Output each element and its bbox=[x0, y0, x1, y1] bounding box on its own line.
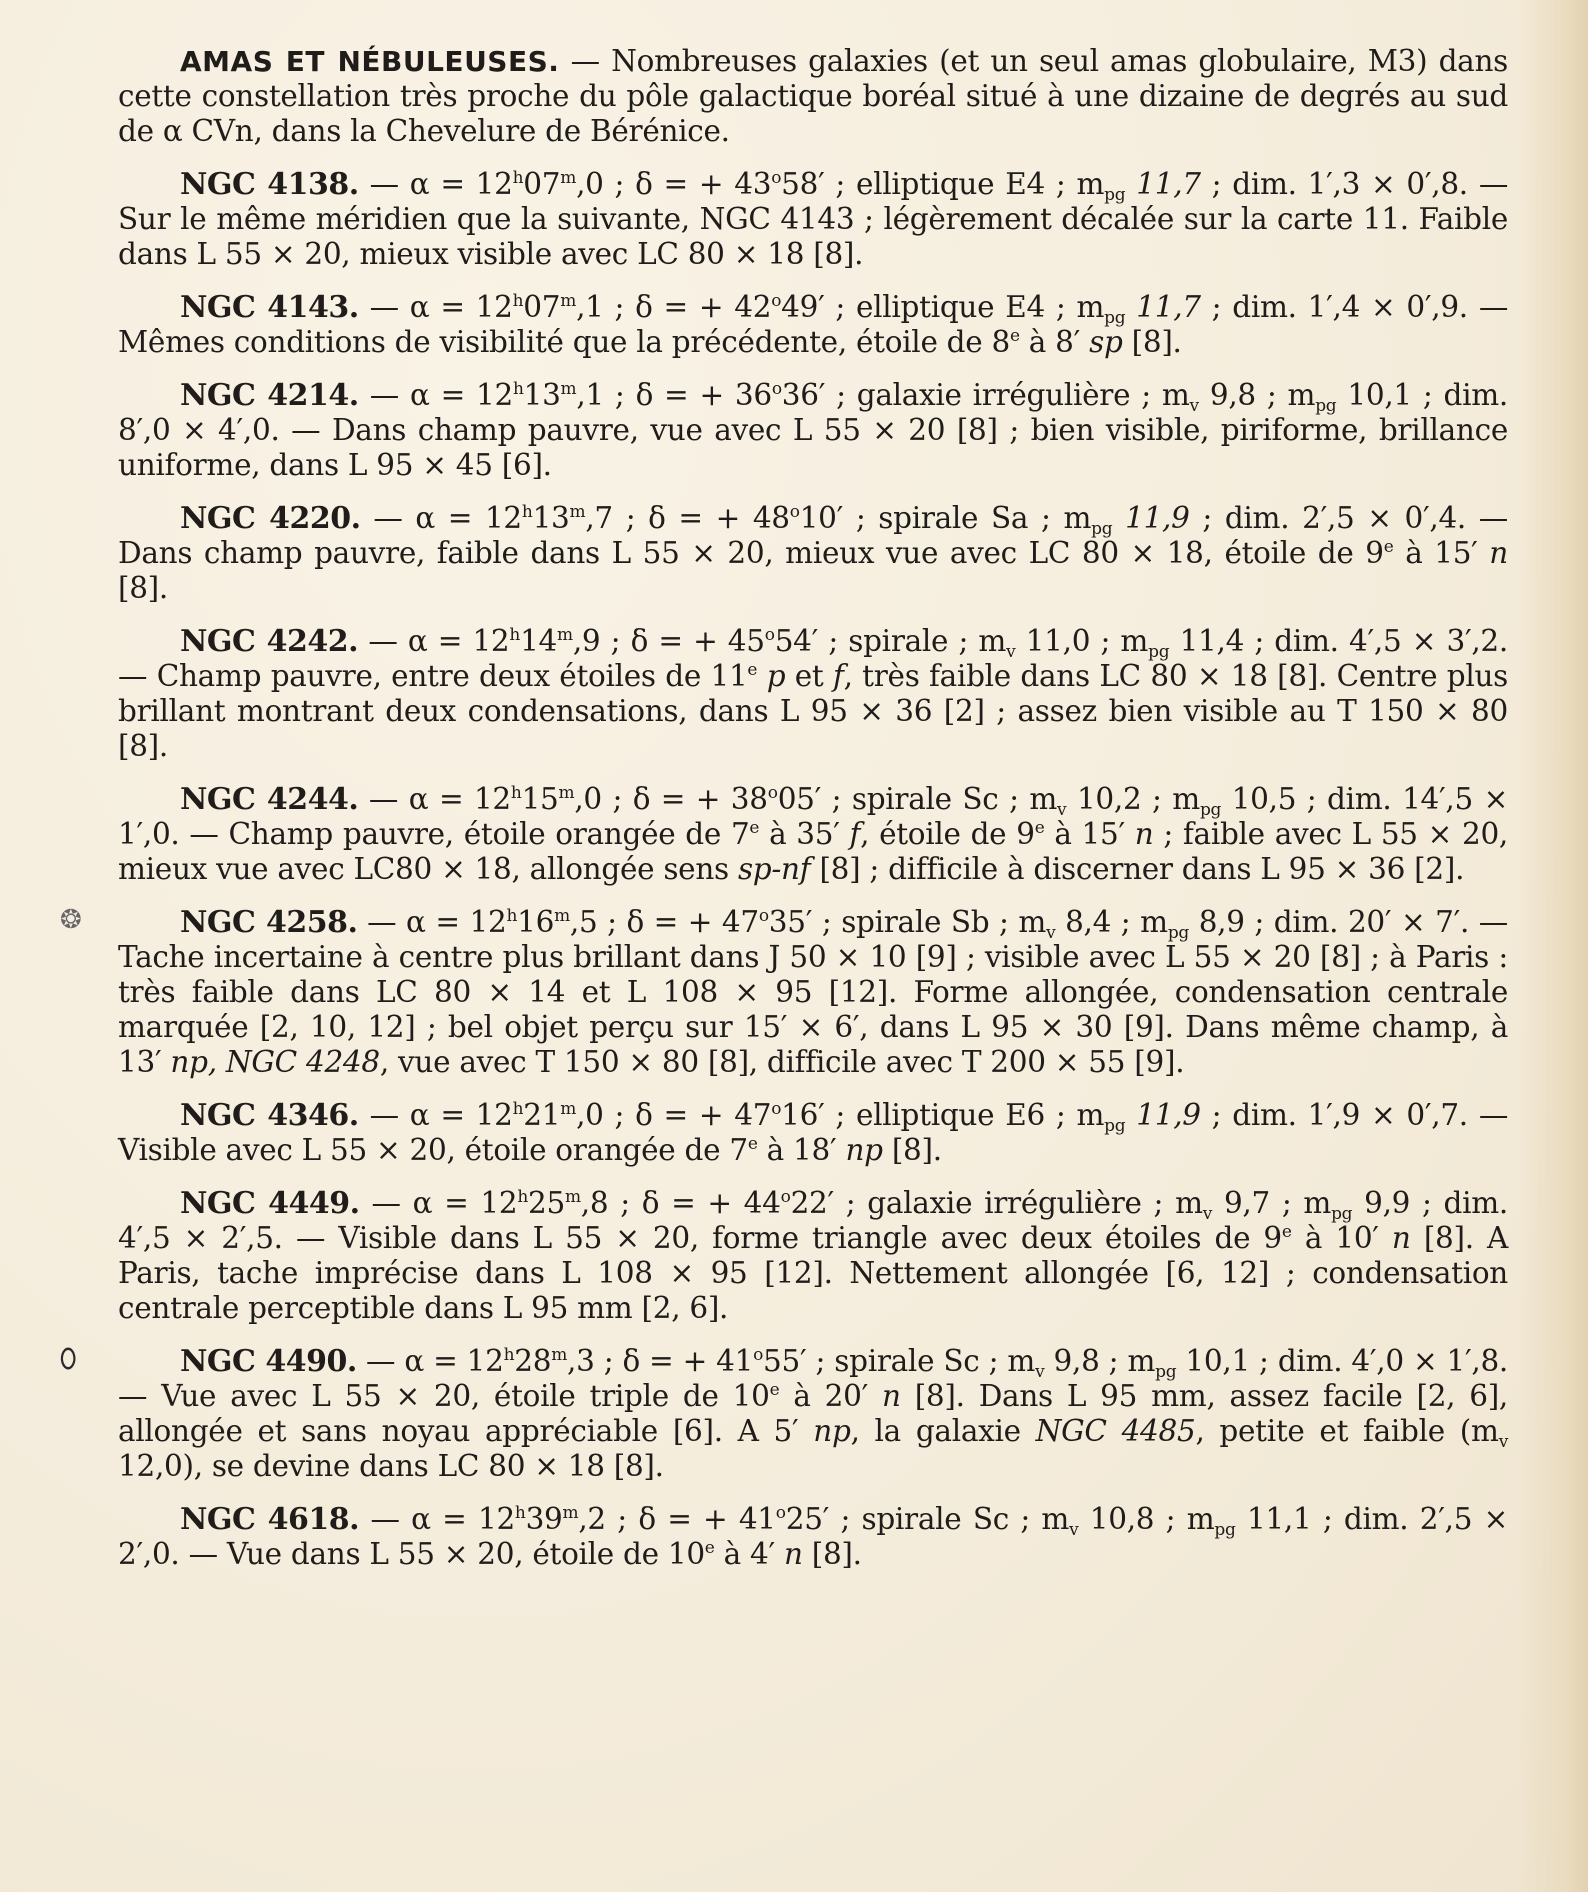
text-run: o bbox=[759, 906, 769, 926]
text-run: [8]. bbox=[883, 1133, 942, 1167]
text-run: — α = 12 bbox=[359, 167, 513, 201]
text-run bbox=[1125, 290, 1136, 324]
text-run: 10,8 ; m bbox=[1078, 1502, 1214, 1536]
text-run: m bbox=[565, 1187, 581, 1207]
text-run: — α = 12 bbox=[359, 1098, 513, 1132]
text-run: ,1 ; δ = + 36 bbox=[576, 378, 771, 412]
italic-text: f bbox=[833, 659, 844, 693]
text-run: o bbox=[768, 783, 778, 803]
pencil-circle-icon: ⬯ bbox=[60, 1344, 90, 1374]
text-run: à 15′ bbox=[1044, 817, 1134, 851]
text-run: 55′ ; spirale Sc ; m bbox=[763, 1344, 1035, 1378]
italic-text: sp bbox=[1089, 325, 1122, 359]
ngc-entry: NGC 4214. — α = 12h13m,1 ; δ = + 36o36′ … bbox=[118, 378, 1508, 483]
text-run: à 20′ bbox=[779, 1379, 882, 1413]
text-run: — α = 12 bbox=[357, 1344, 504, 1378]
text-run: 13 bbox=[533, 501, 570, 535]
text-run: — α = 12 bbox=[359, 378, 513, 412]
text-run: e bbox=[705, 1538, 715, 1558]
text-run: 22′ ; galaxie irrégulière ; m bbox=[791, 1186, 1203, 1220]
text-run: pg bbox=[1104, 1116, 1125, 1136]
text-run: — α = 12 bbox=[359, 290, 513, 324]
text-run: m bbox=[557, 625, 573, 645]
text-run: 35′ ; spirale Sb ; m bbox=[769, 905, 1046, 939]
text-run: e bbox=[748, 1134, 758, 1154]
text-run: 07 bbox=[523, 290, 560, 324]
text-run: o bbox=[776, 1503, 786, 1523]
text-run: à 18′ bbox=[758, 1133, 846, 1167]
text-run: h bbox=[506, 906, 517, 926]
entry-heading: NGC 4490. bbox=[180, 1344, 357, 1379]
text-run: 28 bbox=[514, 1344, 551, 1378]
text-run bbox=[1125, 1098, 1136, 1132]
entry-heading: NGC 4220. bbox=[180, 501, 361, 536]
italic-text: 11,7 bbox=[1136, 290, 1200, 324]
text-run: 10,2 ; m bbox=[1066, 782, 1200, 816]
text-run: m bbox=[570, 502, 586, 522]
text-run: 8,4 ; m bbox=[1055, 905, 1167, 939]
text-run: h bbox=[509, 625, 520, 645]
italic-text: n bbox=[1135, 817, 1154, 851]
italic-text: sp-nf bbox=[738, 852, 810, 886]
text-run: ,3 ; δ = + 41 bbox=[567, 1344, 753, 1378]
text-run: h bbox=[517, 1187, 528, 1207]
text-run: à 10′ bbox=[1292, 1221, 1392, 1255]
text-run: e bbox=[1282, 1222, 1292, 1242]
entry-heading: AMAS ET NÉBULEUSES. bbox=[180, 45, 559, 78]
text-run: [8]. bbox=[118, 571, 168, 605]
italic-text: 11,7 bbox=[1136, 167, 1200, 201]
ngc-entry: NGC 4244. — α = 12h15m,0 ; δ = + 38o05′ … bbox=[118, 782, 1508, 887]
text-run: h bbox=[511, 783, 522, 803]
text-run: — α = 12 bbox=[359, 1502, 515, 1536]
entry-heading: NGC 4214. bbox=[180, 378, 359, 413]
text-run: o bbox=[771, 291, 781, 311]
text-run: 49′ ; elliptique E4 ; m bbox=[781, 290, 1104, 324]
italic-text: NGC 4485 bbox=[1036, 1414, 1196, 1448]
text-run: o bbox=[781, 1187, 791, 1207]
text-run: 25 bbox=[528, 1186, 565, 1220]
text-run: o bbox=[765, 625, 775, 645]
text-run: 9,8 ; m bbox=[1199, 378, 1315, 412]
italic-text: 11,9 bbox=[1125, 501, 1189, 535]
text-run: h bbox=[504, 1345, 515, 1365]
text-run bbox=[1125, 167, 1136, 201]
text-run: ,0 ; δ = + 43 bbox=[576, 167, 771, 201]
text-run: 54′ ; spirale ; m bbox=[775, 624, 1006, 658]
text-run: et bbox=[785, 659, 833, 693]
text-run: à 4′ bbox=[715, 1537, 784, 1571]
text-run: — α = 12 bbox=[360, 1186, 518, 1220]
text-run: e bbox=[747, 660, 757, 680]
entry-heading: NGC 4346. bbox=[180, 1098, 359, 1133]
text-run: e bbox=[749, 818, 759, 838]
text-run: h bbox=[522, 502, 533, 522]
text-run: — Nombreuses galaxies (et un seul amas g… bbox=[559, 44, 1397, 78]
text-run: m bbox=[559, 783, 575, 803]
text-run: o bbox=[771, 168, 781, 188]
text-run: m bbox=[560, 168, 576, 188]
text-run: o bbox=[790, 502, 800, 522]
text-run: 15 bbox=[522, 782, 559, 816]
ngc-entry: NGC 4346. — α = 12h21m,0 ; δ = + 47o16′ … bbox=[118, 1098, 1508, 1168]
italic-text: f bbox=[850, 817, 861, 851]
ngc-entry: NGC 4449. — α = 12h25m,8 ; δ = + 44o22′ … bbox=[118, 1186, 1508, 1326]
text-run: h bbox=[513, 1099, 524, 1119]
text-run: 9,8 ; m bbox=[1044, 1344, 1155, 1378]
ngc-entry: NGC 4138. — α = 12h07m,0 ; δ = + 43o58′ … bbox=[118, 167, 1508, 272]
text-run: ,5 ; δ = + 47 bbox=[570, 905, 759, 939]
ngc-entry: NGC 4143. — α = 12h07m,1 ; δ = + 42o49′ … bbox=[118, 290, 1508, 360]
text-run: e bbox=[1035, 818, 1045, 838]
text-run: h bbox=[513, 168, 524, 188]
text-run: à 8′ bbox=[1020, 325, 1089, 359]
text-run: — α = 12 bbox=[361, 501, 522, 535]
text-run: ,0 ; δ = + 38 bbox=[574, 782, 767, 816]
text-run: o bbox=[771, 1099, 781, 1119]
text-run: — α = 12 bbox=[358, 624, 509, 658]
text-run: 58′ ; elliptique E4 ; m bbox=[781, 167, 1104, 201]
entry-heading: NGC 4143. bbox=[180, 290, 359, 325]
entry-heading: NGC 4244. bbox=[180, 782, 358, 817]
italic-text: n bbox=[1392, 1221, 1411, 1255]
text-run: 9,7 ; m bbox=[1212, 1186, 1331, 1220]
text-run: m bbox=[551, 1345, 567, 1365]
text-run: — α = 12 bbox=[357, 905, 506, 939]
text-run: v bbox=[1499, 1432, 1508, 1452]
text-run: e bbox=[1010, 326, 1020, 346]
text-run bbox=[757, 659, 767, 693]
italic-text: 11,9 bbox=[1136, 1098, 1200, 1132]
text-run: 25′ ; spirale Sc ; m bbox=[786, 1502, 1069, 1536]
text-run: 14 bbox=[520, 624, 557, 658]
text-run: pg bbox=[1214, 1520, 1235, 1540]
text-run: à 15′ bbox=[1393, 536, 1489, 570]
text-run: 13 bbox=[524, 378, 561, 412]
text-run: 3 bbox=[1398, 44, 1416, 78]
ngc-entry: NGC 4220. — α = 12h13m,7 ; δ = + 48o10′ … bbox=[118, 501, 1508, 606]
text-run: ,0 ; δ = + 47 bbox=[576, 1098, 771, 1132]
text-run: , la galaxie bbox=[851, 1414, 1036, 1448]
text-run: 10′ ; spirale Sa ; m bbox=[800, 501, 1091, 535]
text-run: m bbox=[563, 1503, 579, 1523]
text-run bbox=[1112, 501, 1125, 535]
text-run: 16 bbox=[517, 905, 554, 939]
text-run: e bbox=[770, 1380, 780, 1400]
text-run: 16′ ; elliptique E6 ; m bbox=[781, 1098, 1104, 1132]
text-run: 36′ ; galaxie irrégulière ; m bbox=[782, 378, 1190, 412]
text-run: , petite et faible (m bbox=[1195, 1414, 1498, 1448]
document-page: AMAS ET NÉBULEUSES. — Nombreuses galaxie… bbox=[118, 44, 1508, 1572]
intro-paragraph: AMAS ET NÉBULEUSES. — Nombreuses galaxie… bbox=[118, 44, 1508, 149]
text-run: o bbox=[753, 1345, 763, 1365]
text-run: o bbox=[772, 379, 782, 399]
ngc-entry-list: NGC 4138. — α = 12h07m,0 ; δ = + 43o58′ … bbox=[118, 167, 1508, 1572]
text-run: h bbox=[513, 291, 524, 311]
text-run: [8]. bbox=[1123, 325, 1182, 359]
text-run: m bbox=[561, 379, 577, 399]
text-run: 12,0), se devine dans LC 80 × 18 [8]. bbox=[118, 1449, 664, 1483]
text-run: v bbox=[1069, 1520, 1078, 1540]
page-edge-shadow bbox=[1518, 0, 1588, 1892]
text-run: h bbox=[515, 1503, 526, 1523]
italic-text: n bbox=[1489, 536, 1508, 570]
text-run: ,1 ; δ = + 42 bbox=[576, 290, 771, 324]
entry-heading: NGC 4449. bbox=[180, 1186, 360, 1221]
text-run: ,9 ; δ = + 45 bbox=[573, 624, 765, 658]
italic-text: n bbox=[882, 1379, 901, 1413]
ngc-entry: NGC 4618. — α = 12h39m,2 ; δ = + 41o25′ … bbox=[118, 1502, 1508, 1572]
text-run: à 35′ bbox=[759, 817, 849, 851]
text-run: 21 bbox=[523, 1098, 560, 1132]
text-run: , étoile de 9 bbox=[860, 817, 1035, 851]
text-run: m bbox=[560, 291, 576, 311]
text-run: 39 bbox=[526, 1502, 563, 1536]
text-run: m bbox=[554, 906, 570, 926]
entry-heading: NGC 4258. bbox=[180, 905, 357, 940]
text-run: [8] ; difficile à discerner dans L 95 × … bbox=[810, 852, 1464, 886]
entry-heading: NGC 4618. bbox=[180, 1502, 359, 1537]
text-run: ,8 ; δ = + 44 bbox=[581, 1186, 781, 1220]
ngc-entry: ❂NGC 4258. — α = 12h16m,5 ; δ = + 47o35′… bbox=[118, 905, 1508, 1080]
italic-text: n bbox=[784, 1537, 803, 1571]
italic-text: np, NGC 4248 bbox=[170, 1045, 379, 1079]
text-run: 07 bbox=[523, 167, 560, 201]
text-run: [8]. bbox=[803, 1537, 862, 1571]
text-run: m bbox=[560, 1099, 576, 1119]
text-run: 11,0 ; m bbox=[1015, 624, 1148, 658]
entry-heading: NGC 4138. bbox=[180, 167, 359, 202]
text-run: , vue avec T 150 × 80 [8], difficile ave… bbox=[380, 1045, 1184, 1079]
text-run: 05′ ; spirale Sc ; m bbox=[778, 782, 1057, 816]
pencil-scribble-icon: ❂ bbox=[60, 905, 90, 935]
text-run: — α = 12 bbox=[358, 782, 511, 816]
italic-text: np bbox=[813, 1414, 850, 1448]
text-run: h bbox=[513, 379, 524, 399]
text-run: ,2 ; δ = + 41 bbox=[578, 1502, 775, 1536]
italic-text: p bbox=[767, 659, 786, 693]
ngc-entry: ⬯NGC 4490. — α = 12h28m,3 ; δ = + 41o55′… bbox=[118, 1344, 1508, 1484]
entry-heading: NGC 4242. bbox=[180, 624, 358, 659]
text-run: ,7 ; δ = + 48 bbox=[585, 501, 789, 535]
italic-text: np bbox=[845, 1133, 882, 1167]
ngc-entry: NGC 4242. — α = 12h14m,9 ; δ = + 45o54′ … bbox=[118, 624, 1508, 764]
